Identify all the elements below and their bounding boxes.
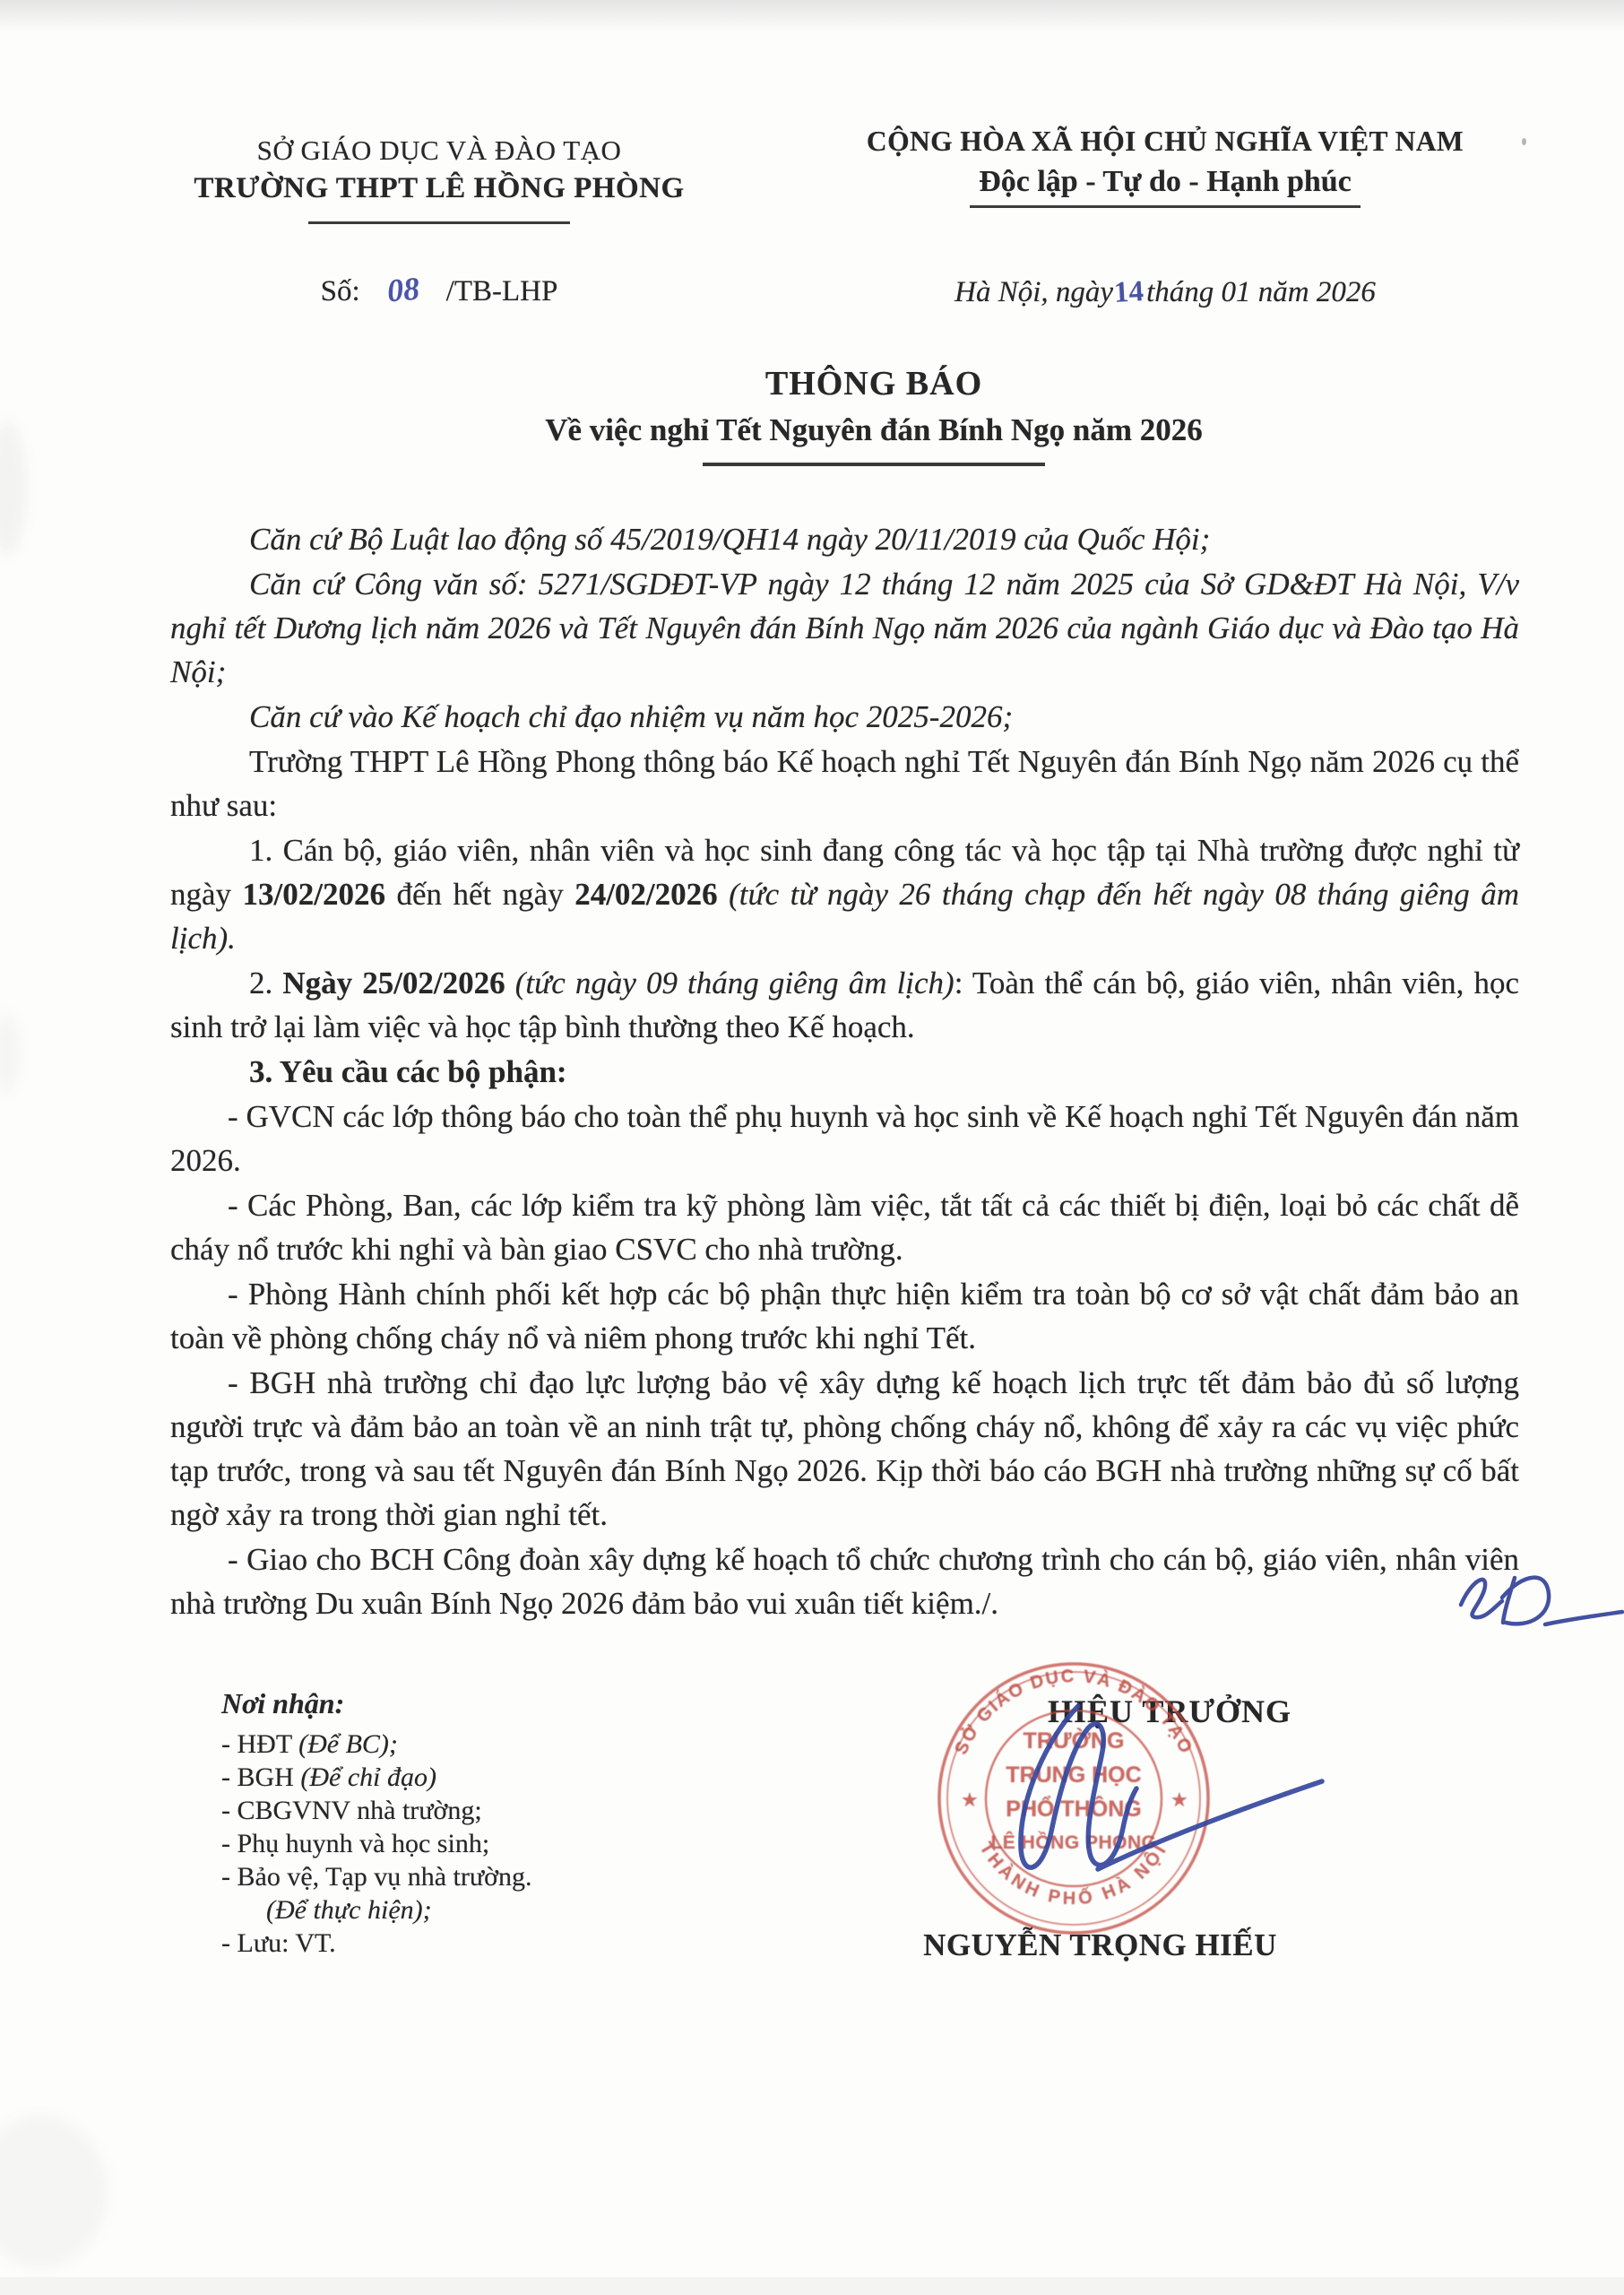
text-run: - HĐT <box>221 1729 298 1759</box>
national-motto-line2: Độc lập - Tự do - Hạnh phúc <box>970 165 1361 208</box>
handwritten-day: 14 <box>1113 275 1145 310</box>
paragraph-bullet-phong-ban: - Các Phòng, Ban, các lớp kiểm tra kỹ ph… <box>170 1183 1519 1271</box>
document-title: THÔNG BÁO <box>170 364 1577 403</box>
text-run: 3. Yêu cầu các bộ phận: <box>249 1054 567 1089</box>
paragraph-basis-3: Căn cứ vào Kế hoạch chỉ đạo nhiệm vụ năm… <box>170 695 1519 739</box>
text-run: - GVCN các lớp thông báo cho toàn thể ph… <box>170 1099 1519 1178</box>
text-run: Căn cứ vào Kế hoạch chỉ đạo nhiệm vụ năm… <box>249 699 1013 734</box>
text-run: - BGH nhà trường chỉ đạo lực lượng bảo v… <box>170 1365 1519 1532</box>
text-run: - Phòng Hành chính phối kết hợp các bộ p… <box>170 1277 1519 1355</box>
paragraph-bullet-gvcn: - GVCN các lớp thông báo cho toàn thể ph… <box>170 1095 1519 1182</box>
handwritten-doc-number: 08 <box>385 270 421 310</box>
text-run: đến hết ngày <box>385 877 574 912</box>
paragraph-item-3-heading: 3. Yêu cầu các bộ phận: <box>170 1050 1519 1094</box>
scan-artifact-smudge <box>0 421 27 556</box>
paragraph-basis-2: Căn cứ Công văn số: 5271/SGDĐT-VP ngày 1… <box>170 562 1519 694</box>
text-run-bold: Ngày 25/02/2026 <box>282 966 505 1000</box>
paragraph-basis-1: Căn cứ Bộ Luật lao động số 45/2019/QH14 … <box>170 517 1519 561</box>
national-header-block: CỘNG HÒA XÃ HỘI CHỦ NGHĨA VIỆT NAM Độc l… <box>771 126 1559 208</box>
text-run: - BGH <box>221 1762 300 1792</box>
place-date-line: Hà Nội, ngày14tháng 01 năm 2026 <box>771 276 1559 309</box>
scan-artifact-smudge <box>0 1013 20 1094</box>
national-motto-line1: CỘNG HÒA XÃ HỘI CHỦ NGHĨA VIỆT NAM <box>771 126 1559 158</box>
recipient-item: - Phụ huynh và học sinh; <box>221 1827 532 1860</box>
text-run-bold: 13/02/2026 <box>243 877 385 912</box>
recipient-item: - HĐT (Để BC); <box>221 1728 532 1761</box>
text-run-italic: (tức ngày 09 tháng giêng âm lịch) <box>505 966 955 1000</box>
scan-artifact-bottom-band <box>0 2277 1624 2295</box>
title-block: THÔNG BÁO Về việc nghỉ Tết Nguyên đán Bí… <box>170 364 1577 466</box>
title-underline <box>703 463 1045 466</box>
text-run: - Các Phòng, Ban, các lớp kiểm tra kỹ ph… <box>170 1188 1519 1267</box>
document-body: Căn cứ Bộ Luật lao động số 45/2019/QH14 … <box>170 516 1519 1626</box>
doc-number-suffix: /TB-LHP <box>446 275 558 307</box>
recipients-heading: Nơi nhận: <box>221 1687 532 1720</box>
text-run: 2. <box>249 966 282 1000</box>
document-subtitle: Về việc nghỉ Tết Nguyên đán Bính Ngọ năm… <box>170 412 1577 448</box>
recipient-item: - Lưu: VT. <box>221 1927 532 1960</box>
text-run-bold: 24/02/2026 <box>574 877 717 912</box>
signature <box>963 1690 1340 1901</box>
scanned-document-page: SỞ GIÁO DỤC VÀ ĐÀO TẠO TRƯỜNG THPT LÊ HỒ… <box>0 0 1624 2295</box>
scan-artifact-smudge <box>0 2116 108 2268</box>
agency-name: SỞ GIÁO DỤC VÀ ĐÀO TẠO <box>143 134 735 167</box>
text-run-italic: (Để chỉ đạo) <box>300 1762 436 1792</box>
recipient-item: - BGH (Để chỉ đạo) <box>221 1761 532 1794</box>
paragraph-bullet-hanh-chinh: - Phòng Hành chính phối kết hợp các bộ p… <box>170 1272 1519 1360</box>
scan-artifact-top-band <box>0 0 1624 32</box>
text-run-italic: (Để BC); <box>298 1729 398 1759</box>
text-run: Trường THPT Lê Hồng Phong thông báo Kế h… <box>170 744 1519 823</box>
text-run: Căn cứ Bộ Luật lao động số 45/2019/QH14 … <box>249 522 1210 557</box>
text-run <box>718 877 729 912</box>
issuing-agency-block: SỞ GIÁO DỤC VÀ ĐÀO TẠO TRƯỜNG THPT LÊ HỒ… <box>143 134 735 224</box>
paragraph-item-1: 1. Cán bộ, giáo viên, nhân viên và học s… <box>170 828 1519 960</box>
recipient-item-note: (Để thực hiện); <box>266 1893 532 1927</box>
doc-number-label: Số: <box>321 275 360 307</box>
paragraph-bullet-bgh: - BGH nhà trường chỉ đạo lực lượng bảo v… <box>170 1361 1519 1537</box>
text-run: - Giao cho BCH Công đoàn xây dựng kế hoạ… <box>170 1542 1519 1621</box>
paragraph-intro: Trường THPT Lê Hồng Phong thông báo Kế h… <box>170 740 1519 827</box>
recipients-block: Nơi nhận: - HĐT (Để BC); - BGH (Để chỉ đ… <box>221 1687 532 1960</box>
handwritten-initials <box>1445 1558 1624 1643</box>
text-run: Căn cứ Công văn số: 5271/SGDĐT-VP ngày 1… <box>170 567 1519 689</box>
school-name: TRƯỜNG THPT LÊ HỒNG PHÒNG <box>143 172 735 205</box>
recipient-item: - CBGVNV nhà trường; <box>221 1794 532 1827</box>
document-number-line: Số:08/TB-LHP <box>143 271 735 308</box>
date-prefix: Hà Nội, ngày <box>955 276 1113 308</box>
recipient-item: - Bảo vệ, Tạp vụ nhà trường. <box>221 1860 532 1893</box>
paragraph-bullet-cong-doan: - Giao cho BCH Công đoàn xây dựng kế hoạ… <box>170 1537 1519 1625</box>
date-suffix: tháng 01 năm 2026 <box>1146 276 1376 308</box>
agency-underline <box>308 221 570 224</box>
paragraph-item-2: 2. Ngày 25/02/2026 (tức ngày 09 tháng gi… <box>170 961 1519 1049</box>
